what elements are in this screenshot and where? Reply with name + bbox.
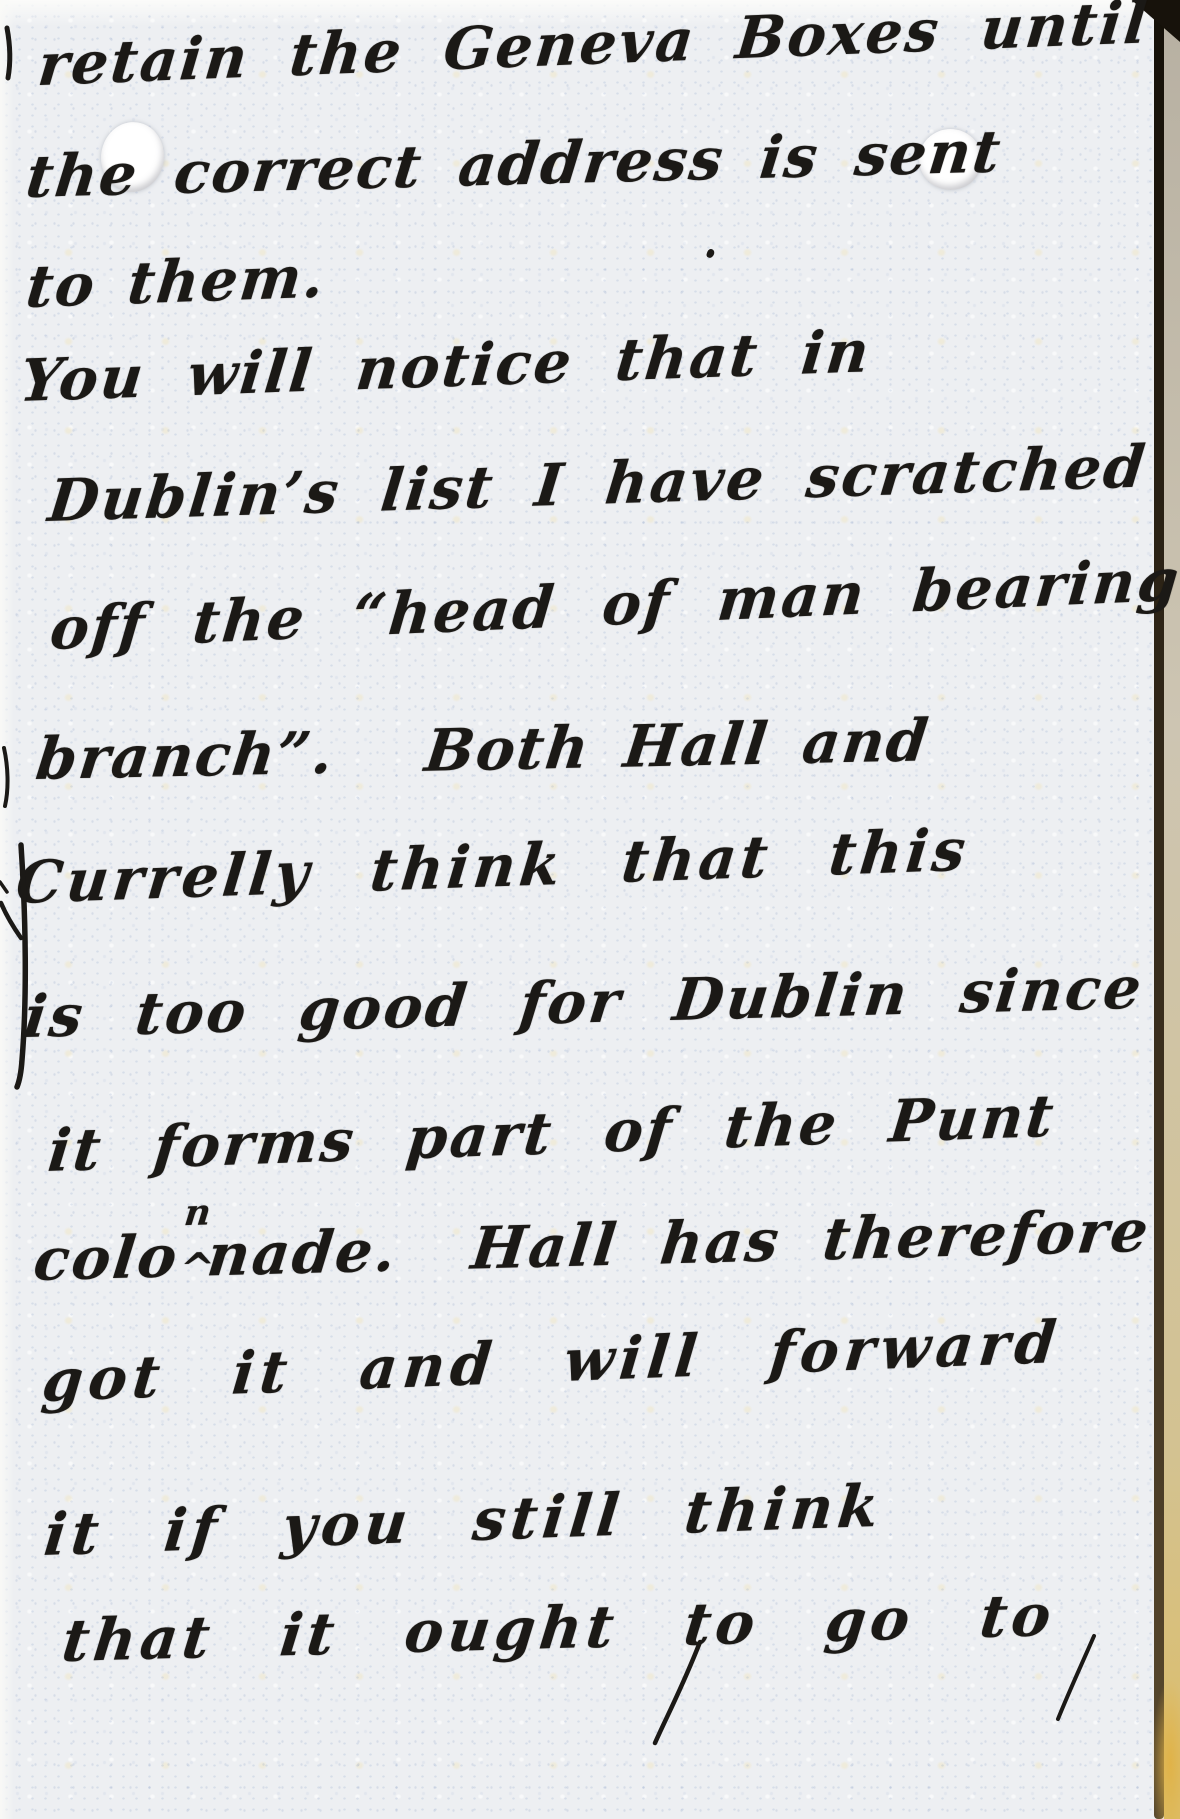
handwriting-line-13: it if you still think bbox=[42, 1477, 887, 1565]
handwriting-line-2: the correct address is sent bbox=[23, 122, 1005, 206]
handwriting-line-3: to them. bbox=[24, 247, 329, 316]
line-11-continuation: Hall has therefore bbox=[468, 1197, 1154, 1283]
handwriting-line-7: branch”. Both Hall and bbox=[33, 711, 932, 788]
handwriting-line-12: got it and will forward bbox=[40, 1313, 1064, 1410]
inserted-letter-n: n bbox=[182, 1195, 215, 1232]
inserted-letter-correction: n^ bbox=[177, 1217, 213, 1276]
scan-glare-bottom-right bbox=[1152, 1680, 1180, 1819]
handwriting-line-6: off the “head of man bearing bbox=[48, 550, 1180, 658]
handwriting-line-10: it forms part of the Punt bbox=[46, 1087, 1059, 1180]
handwriting-line-4: You will notice that in bbox=[18, 322, 875, 410]
word-colonnade-end: nade. bbox=[204, 1216, 402, 1289]
letter-page: retain the Geneva Boxes until the correc… bbox=[0, 0, 1180, 1819]
handwriting-line-9: is too good for Dublin since bbox=[21, 959, 1146, 1046]
ink-dot bbox=[706, 248, 716, 259]
word-colonnade-start: colo bbox=[30, 1222, 182, 1294]
paper-edge-left bbox=[0, 0, 14, 1819]
handwriting-line-11: colon^nade.Hall has therefore bbox=[31, 1193, 1155, 1289]
descender-stroke-right bbox=[1058, 1636, 1094, 1719]
handwriting-line-5: Dublin’s list I have scratched bbox=[45, 437, 1150, 530]
scan-background-right bbox=[1164, 0, 1180, 1819]
handwriting-line-8: Currelly think that this bbox=[14, 821, 973, 913]
paper-edge-right bbox=[1154, 0, 1164, 1819]
handwriting-line-14: that it ought to go to bbox=[59, 1586, 1058, 1670]
caret-mark: ^ bbox=[177, 1247, 219, 1290]
